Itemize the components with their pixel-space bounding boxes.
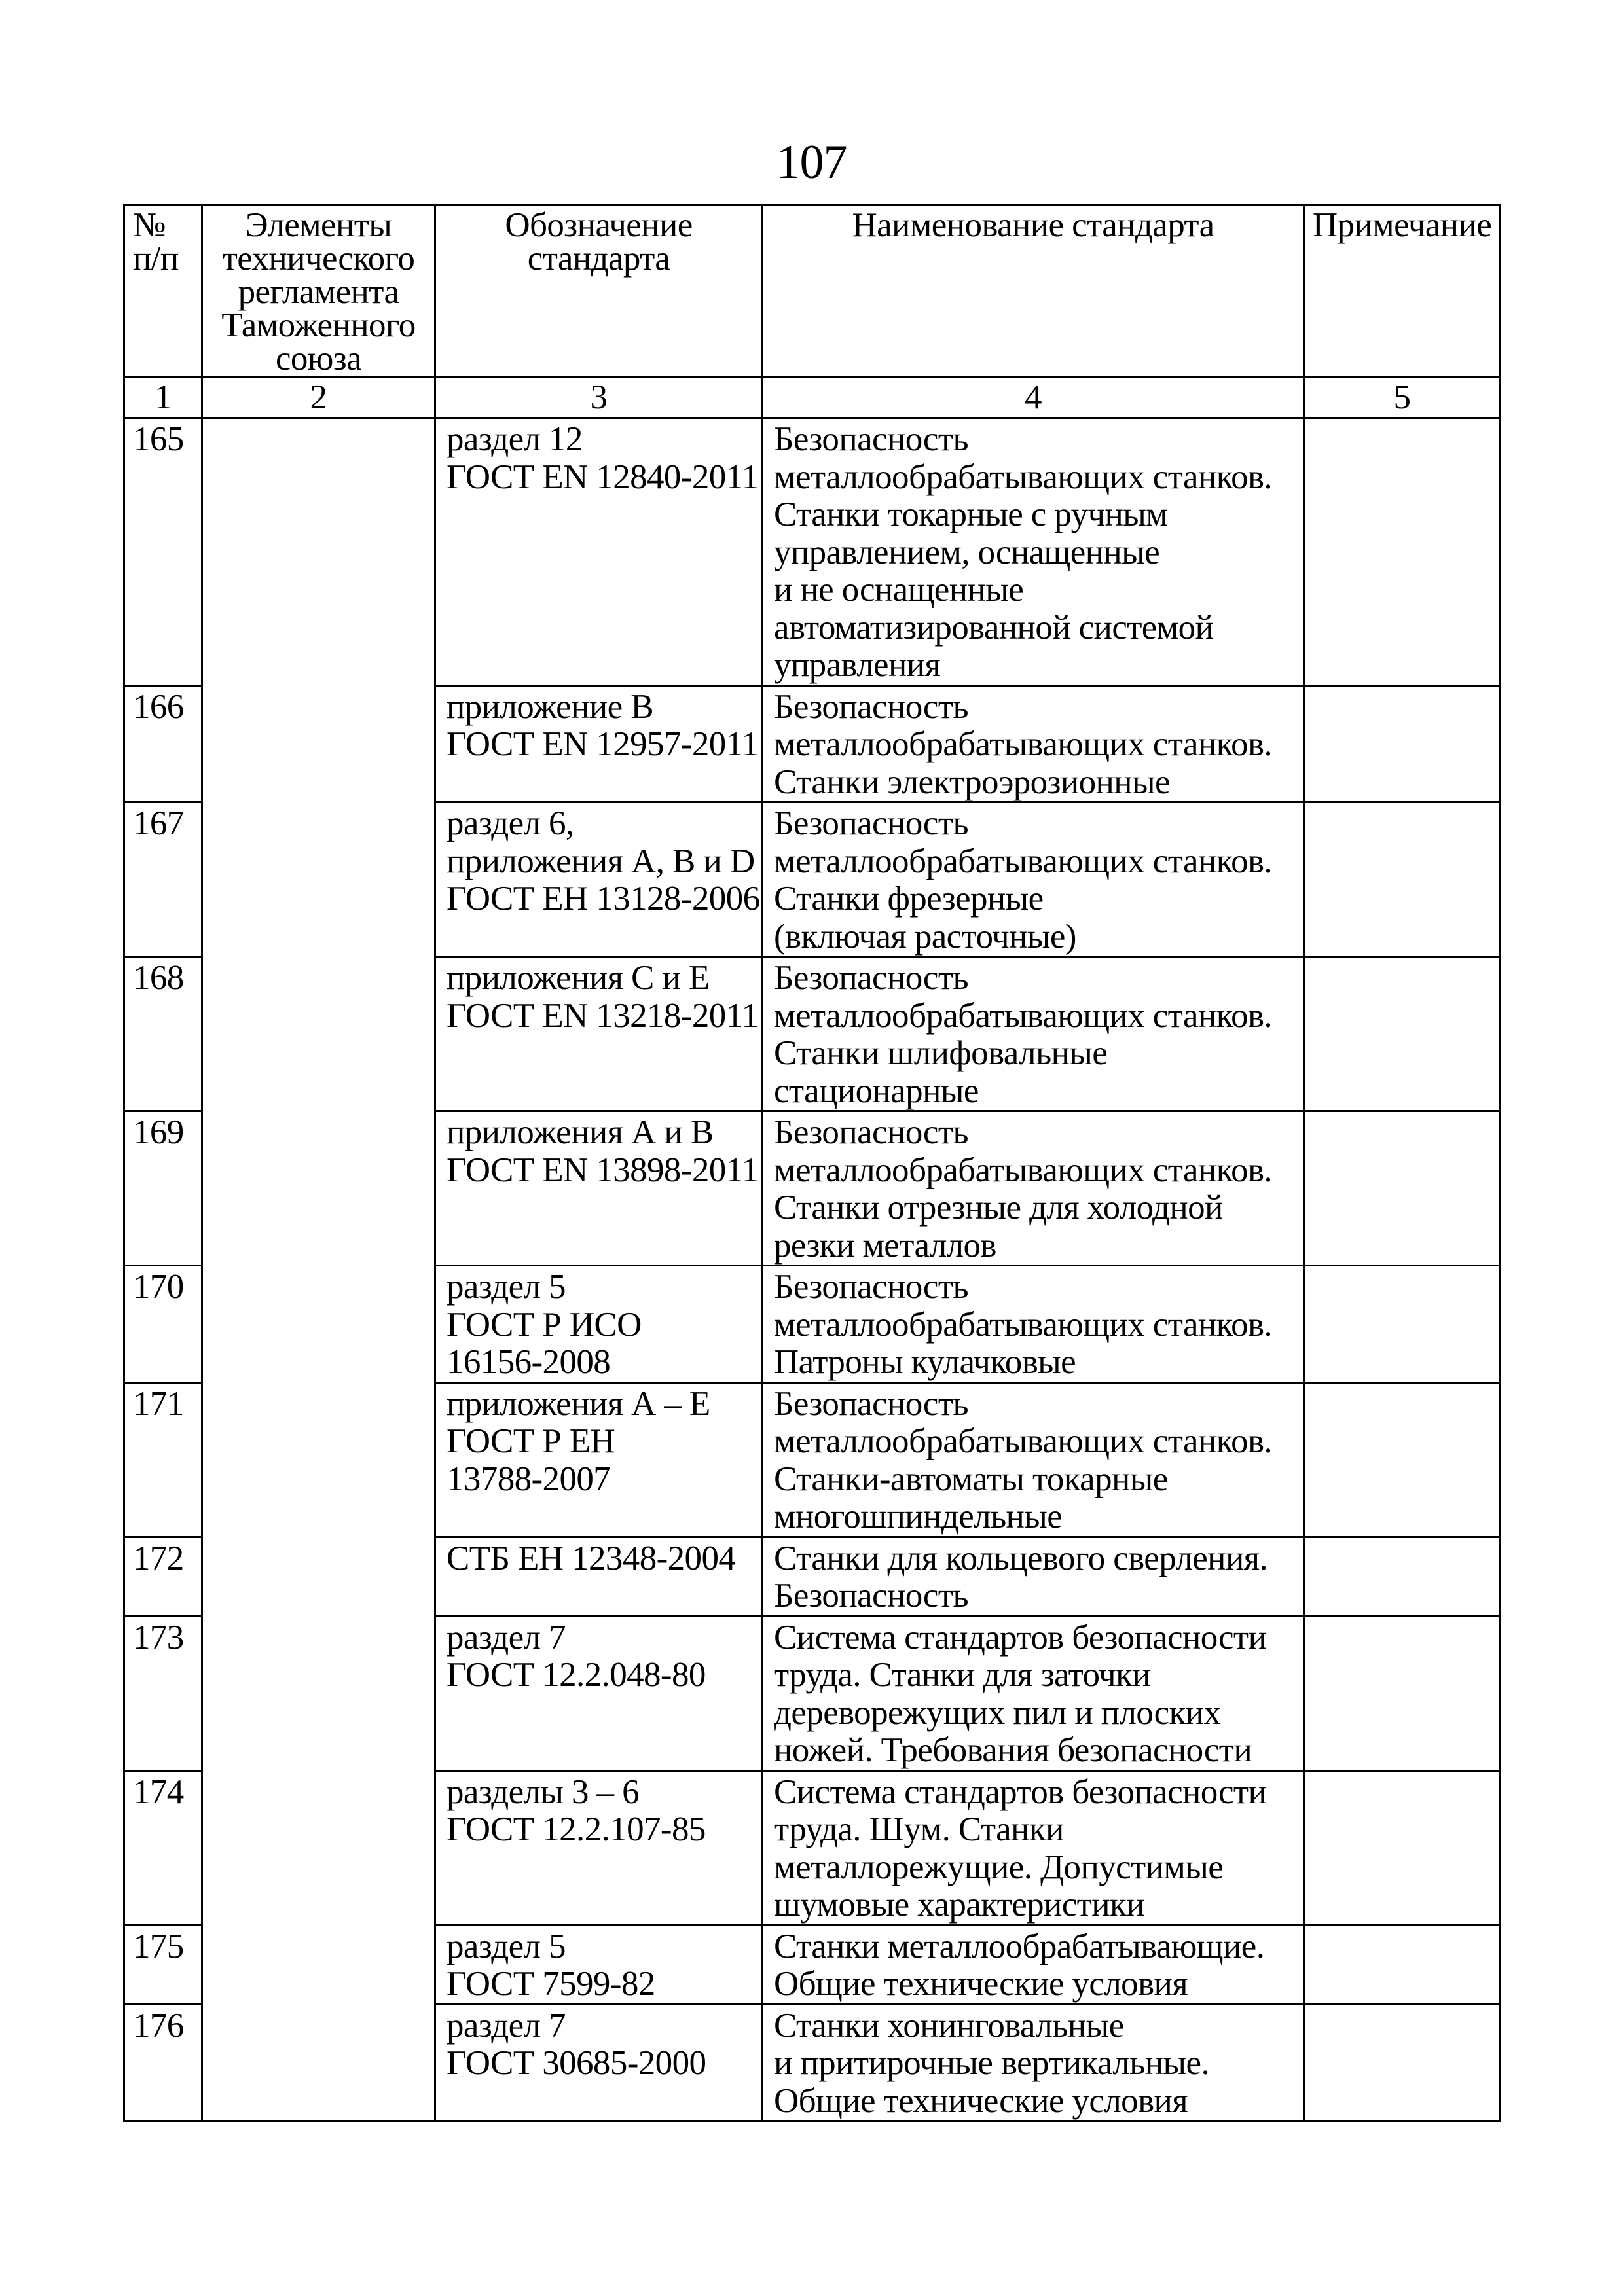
column-number: 2 [202,377,435,418]
standard-note [1304,1266,1501,1383]
header-designation: Обозначение стандарта [435,206,763,377]
standard-designation: раздел 7 ГОСТ 12.2.048-80 [435,1616,763,1770]
column-number: 3 [435,377,763,418]
column-number: 5 [1304,377,1501,418]
standard-note [1304,418,1501,686]
row-number: 171 [124,1382,202,1537]
page-number: 107 [0,136,1623,188]
column-numbers-row: 1 2 3 4 5 [124,377,1501,418]
standard-designation: приложения А – Е ГОСТ Р ЕН 13788-2007 [435,1382,763,1537]
standard-designation: СТБ ЕН 12348-2004 [435,1537,763,1616]
standard-note [1304,1537,1501,1616]
standards-table: № п/п Элементы технического регламента Т… [123,204,1501,2122]
header-note: Примечание [1304,206,1501,377]
standard-name: Безопасность металлообрабатывающих станк… [763,418,1304,686]
standard-note [1304,802,1501,957]
elements-cell [202,418,435,2121]
row-number: 165 [124,418,202,686]
row-number: 170 [124,1266,202,1383]
table-row: 165раздел 12 ГОСТ EN 12840-2011Безопасно… [124,418,1501,686]
standard-note [1304,1925,1501,2004]
standard-name: Станки хонинговальные и притирочные верт… [763,2004,1304,2121]
standard-name: Безопасность металлообрабатывающих станк… [763,957,1304,1111]
standard-note [1304,1111,1501,1266]
row-number: 168 [124,957,202,1111]
row-number: 173 [124,1616,202,1770]
standard-designation: приложения С и Е ГОСТ EN 13218-2011 [435,957,763,1111]
standard-designation: раздел 12 ГОСТ EN 12840-2011 [435,418,763,686]
standard-note [1304,1770,1501,1925]
standard-note [1304,1382,1501,1537]
standard-designation: раздел 6, приложения А, В и D ГОСТ ЕН 13… [435,802,763,957]
standard-name: Безопасность металлообрабатывающих станк… [763,1266,1304,1383]
standard-note [1304,1616,1501,1770]
standard-name: Безопасность металлообрабатывающих станк… [763,1111,1304,1266]
standard-designation: приложения А и В ГОСТ EN 13898-2011 [435,1111,763,1266]
row-number: 172 [124,1537,202,1616]
standard-note [1304,685,1501,802]
standard-designation: раздел 5 ГОСТ Р ИСО 16156-2008 [435,1266,763,1383]
standard-note [1304,2004,1501,2121]
row-number: 169 [124,1111,202,1266]
row-number: 176 [124,2004,202,2121]
standard-name: Безопасность металлообрабатывающих станк… [763,1382,1304,1537]
row-number: 166 [124,685,202,802]
standard-designation: приложение В ГОСТ EN 12957-2011 [435,685,763,802]
table-body: 165раздел 12 ГОСТ EN 12840-2011Безопасно… [124,418,1501,2121]
column-number: 4 [763,377,1304,418]
standard-name: Станки для кольцевого сверления. Безопас… [763,1537,1304,1616]
header-name: Наименование стандарта [763,206,1304,377]
header-elements: Элементы технического регламента Таможен… [202,206,435,377]
standard-name: Система стандартов безопасности труда. С… [763,1616,1304,1770]
standard-name: Безопасность металлообрабатывающих станк… [763,802,1304,957]
row-number: 175 [124,1925,202,2004]
standard-name: Безопасность металлообрабатывающих станк… [763,685,1304,802]
standard-designation: раздел 7 ГОСТ 30685-2000 [435,2004,763,2121]
header-num: № п/п [124,206,202,377]
standard-note [1304,957,1501,1111]
table-header-row: № п/п Элементы технического регламента Т… [124,206,1501,377]
standard-designation: разделы 3 – 6 ГОСТ 12.2.107-85 [435,1770,763,1925]
column-number: 1 [124,377,202,418]
row-number: 174 [124,1770,202,1925]
standard-name: Система стандартов безопасности труда. Ш… [763,1770,1304,1925]
standard-designation: раздел 5 ГОСТ 7599-82 [435,1925,763,2004]
row-number: 167 [124,802,202,957]
standard-name: Станки металлообрабатывающие. Общие техн… [763,1925,1304,2004]
